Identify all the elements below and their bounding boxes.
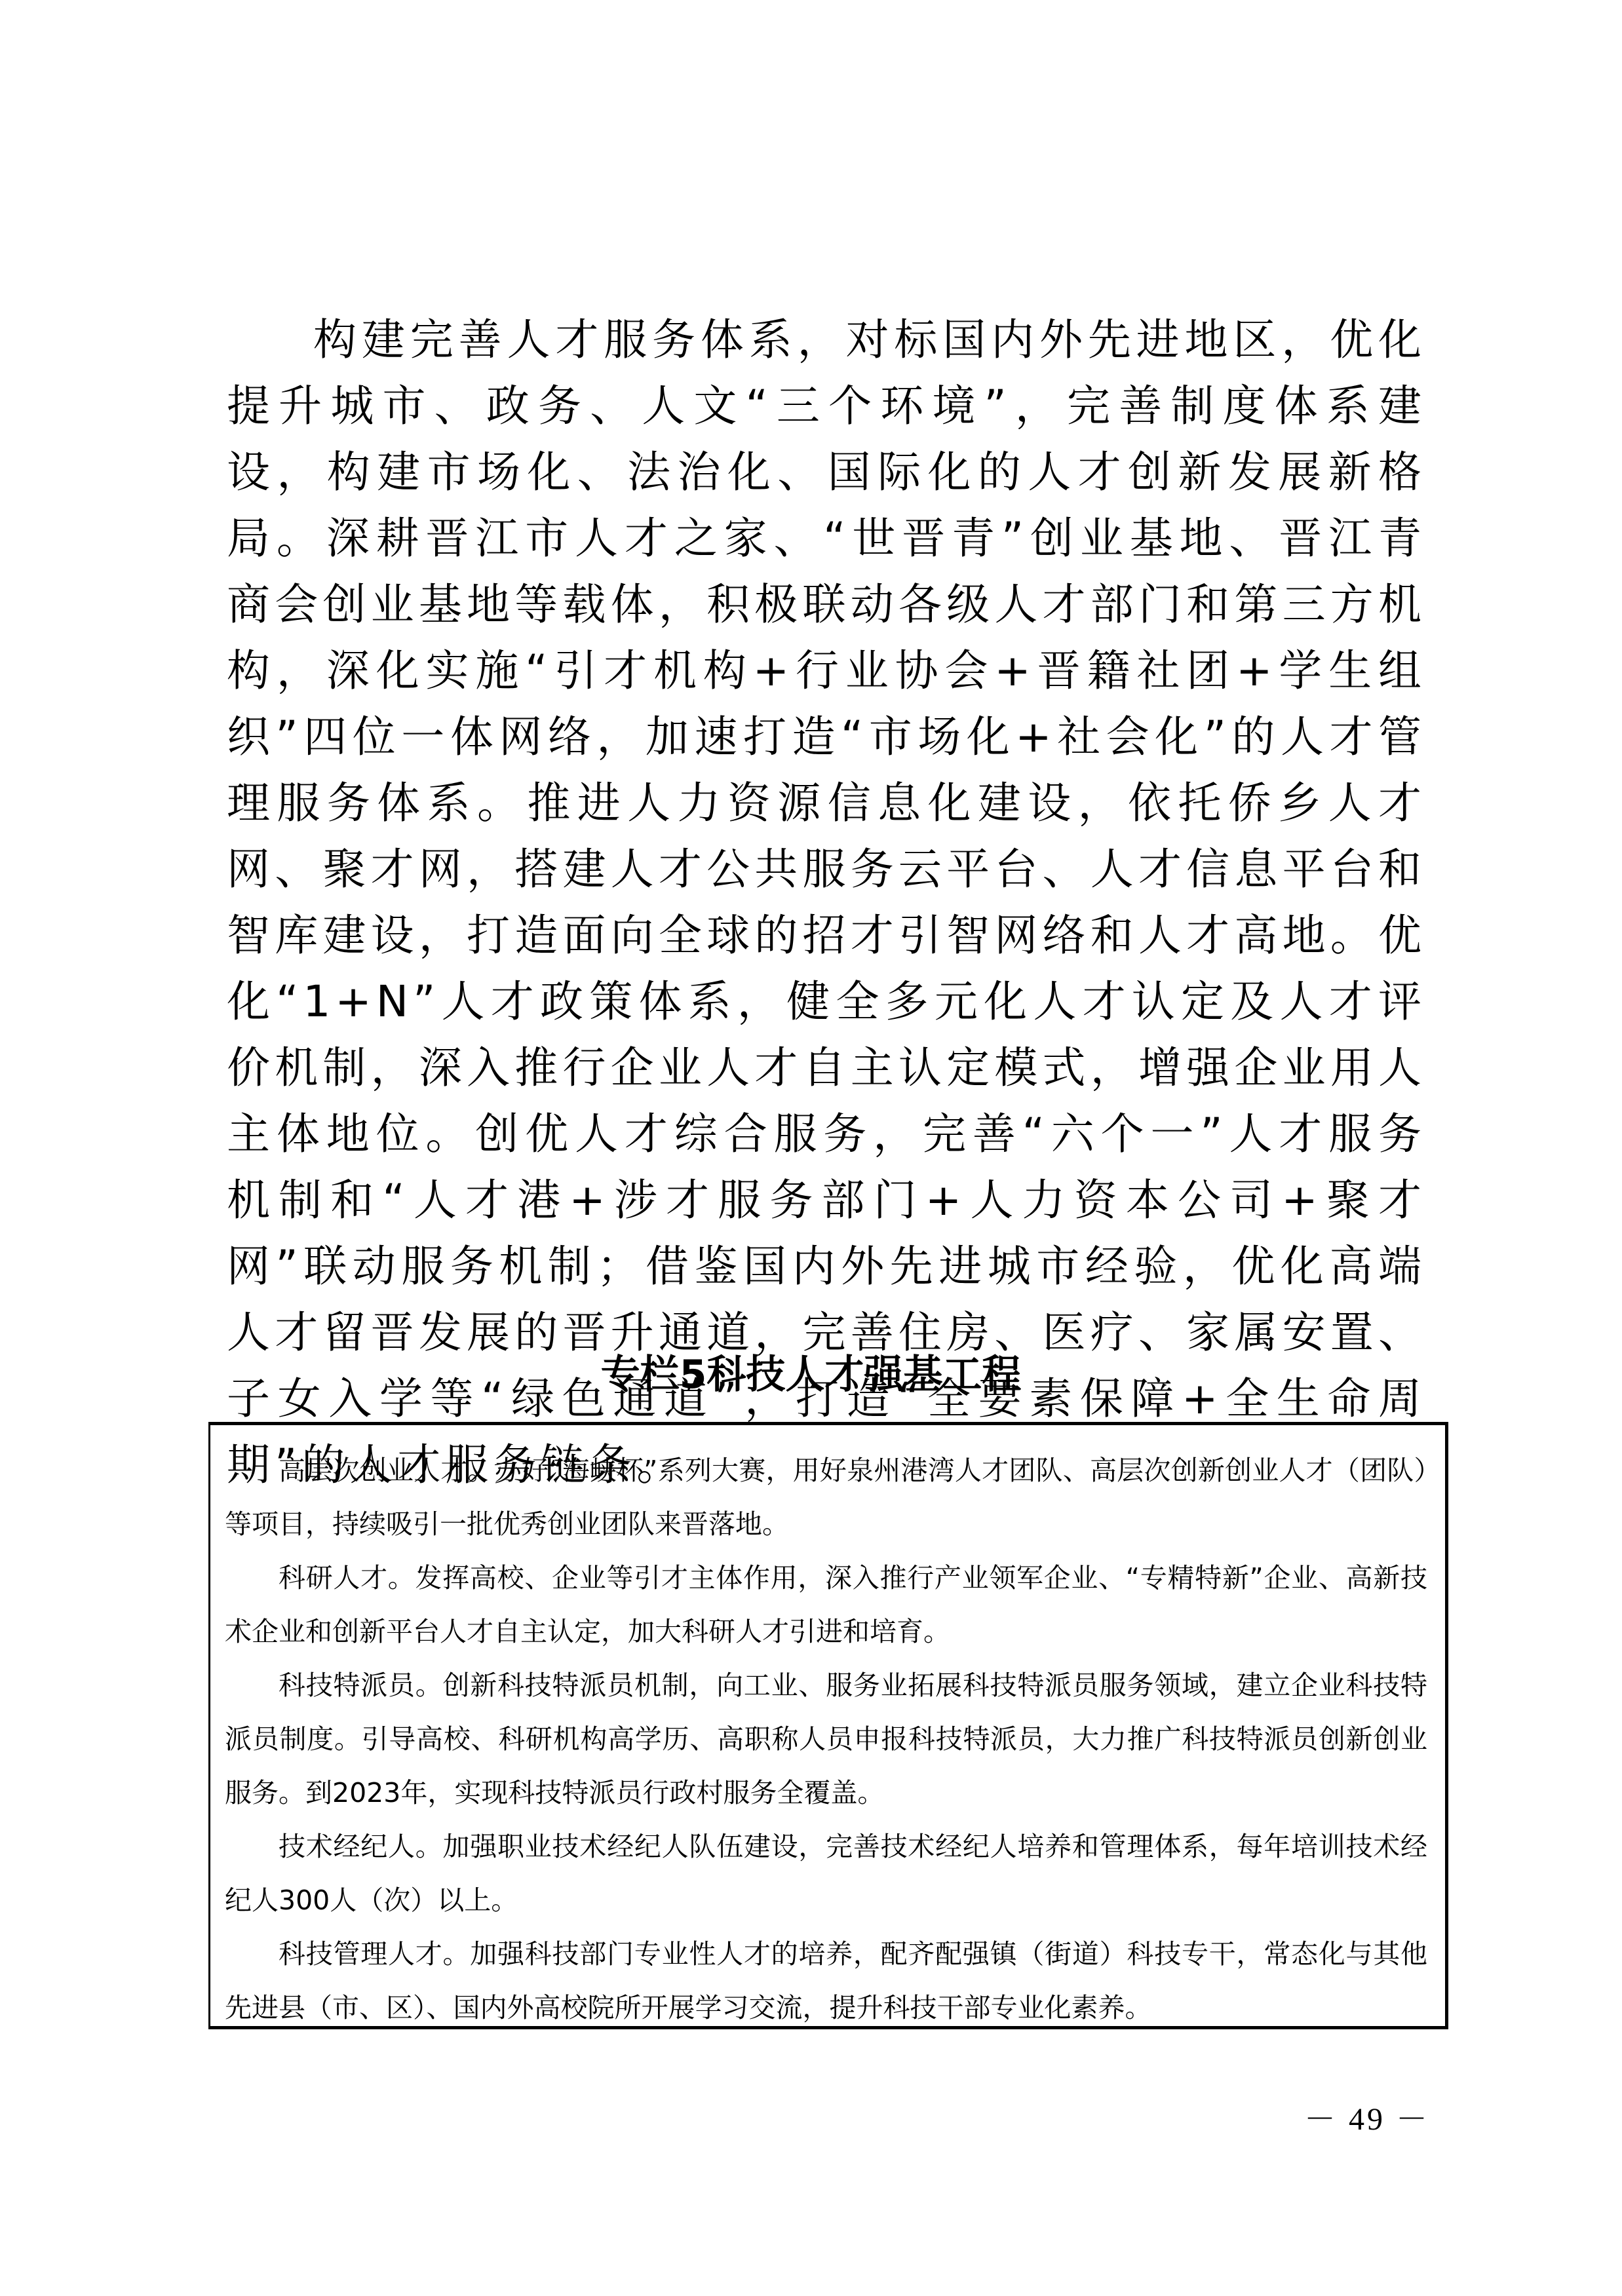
column-item-high-level-entrepreneurs: 高层次创业人才。办好“海峡杯”系列大赛，用好泉州港湾人才团队、高层次创新创业人才… bbox=[225, 1444, 1427, 1551]
column-title: 专栏5科技人才强基工程 bbox=[0, 1349, 1622, 1401]
document-page: 构建完善人才服务体系，对标国内外先进地区，优化提升城市、政务、人文“三个环境”，… bbox=[0, 0, 1622, 2296]
column-item-research-talent: 科研人才。发挥高校、企业等引才主体作用，深入推行产业领军企业、“专精特新”企业、… bbox=[225, 1551, 1427, 1658]
body-paragraph: 构建完善人才服务体系，对标国内外先进地区，优化提升城市、政务、人文“三个环境”，… bbox=[227, 307, 1426, 1498]
column-item-tech-management: 科技管理人才。加强科技部门专业性人才的培养，配齐配强镇（街道）科技专干，常态化与… bbox=[225, 1927, 1427, 2035]
body-text: 构建完善人才服务体系，对标国内外先进地区，优化提升城市、政务、人文“三个环境”，… bbox=[227, 307, 1426, 1498]
column-item-tech-commissioners: 科技特派员。创新科技特派员机制，向工业、服务业拓展科技特派员服务领域，建立企业科… bbox=[225, 1658, 1427, 1820]
column-box: 高层次创业人才。办好“海峡杯”系列大赛，用好泉州港湾人才团队、高层次创新创业人才… bbox=[208, 1422, 1448, 2029]
column-item-tech-brokers: 技术经纪人。加强职业技术经纪人队伍建设，完善技术经纪人培养和管理体系，每年培训技… bbox=[225, 1820, 1427, 1927]
column-box-content: 高层次创业人才。办好“海峡杯”系列大赛，用好泉州港湾人才团队、高层次创新创业人才… bbox=[225, 1444, 1427, 2035]
page-number: － 49 － bbox=[1304, 2100, 1430, 2139]
